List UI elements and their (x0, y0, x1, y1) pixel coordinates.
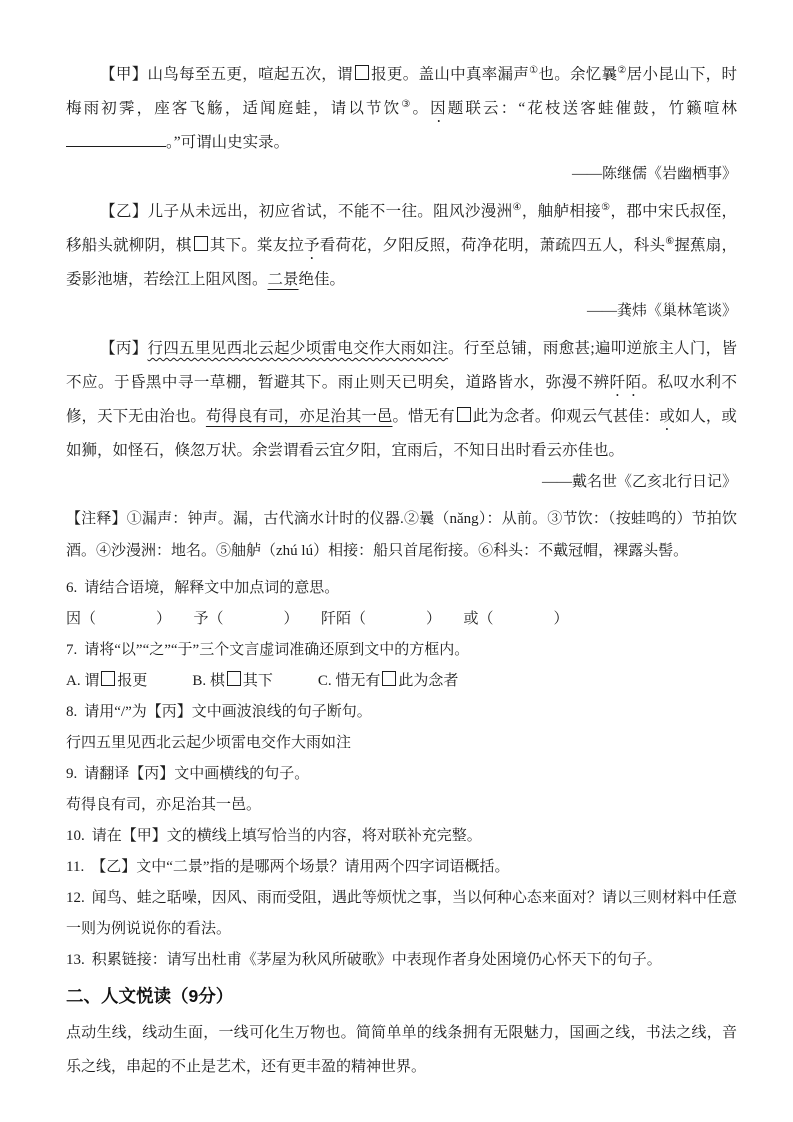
note-reference: ⑥ (665, 236, 674, 247)
question-text: 请在【甲】文的横线上填写恰当的内容，将对联补充完整。 (92, 828, 482, 844)
exam-page: 【甲】山鸟每至五更，喧起五次，谓报更。盖山中真率漏声①也。余忆曩②居小昆山下，时… (0, 0, 793, 1122)
text-run: 报更。盖山中真率漏声 (371, 66, 529, 83)
attribution-jia: ——陈继儒《岩幽栖事》 (66, 162, 737, 187)
note-reference: ③ (401, 99, 412, 110)
question-text: 闻鸟、蛙之聒噪，因风、雨而受阻，遇此等烦忧之事，当以何种心态来面对？请以三则材料… (66, 890, 737, 937)
question-11-stem: 11.【乙】文中“二景”指的是哪两个场景？请用两个四字词语概括。 (66, 852, 737, 883)
question-text: 积累链接：请写出杜甫《茅屋为秋风所破歌》中表现作者身处困境仍心怀天下的句子。 (92, 952, 662, 968)
question-9-stem: 9.请翻译【丙】文中画横线的句子。 (66, 759, 737, 790)
text-run: 。”可谓山史实录。 (166, 134, 289, 151)
question-8: 8.请用“/”为【丙】文中画波浪线的句子断句。行四五里见西北云起少顷雷电交作大雨… (66, 697, 737, 759)
text-run: 其下。棠友拉 (210, 237, 304, 254)
question-text: 请翻译【丙】文中画横线的句子。 (84, 766, 309, 782)
underlined-phrase: 苟得良有司，亦足治其一邑 (206, 408, 393, 425)
question-7-stem: 7.请将“以”“之”“于”三个文言虚词准确还原到文中的方框内。 (66, 635, 737, 666)
question-number: 9. (66, 766, 84, 782)
fill-in-box (457, 407, 471, 422)
text-run: 报更 B. 棋 (117, 673, 225, 689)
text-run: 此为念者。仰观云气甚佳： (473, 408, 660, 425)
underlined-phrase: 二景 (268, 271, 299, 288)
text-run: 【乙】儿子从未远出，初应省试，不能不一往。阻风沙漫洲 (100, 203, 512, 220)
question-11: 11.【乙】文中“二景”指的是哪两个场景？请用两个四字词语概括。 (66, 852, 737, 883)
passage-bing: 【丙】行四五里见西北云起少顷雷电交作大雨如注。行至总铺，雨愈甚;遍叩逆旅主人门，… (66, 332, 737, 468)
question-text: 请结合语境，解释文中加点词的意思。 (84, 580, 339, 596)
question-text: 【乙】文中“二景”指的是哪两个场景？请用两个四字词语概括。 (91, 859, 509, 875)
question-number: 13. (66, 952, 92, 968)
question-number: 8. (66, 704, 84, 720)
question-text: 请将“以”“之”“于”三个文言虚词准确还原到文中的方框内。 (84, 642, 469, 658)
question-9: 9.请翻译【丙】文中画横线的句子。苟得良有司，亦足治其一邑。 (66, 759, 737, 821)
dotted-emphasis-word: 或 (659, 408, 675, 425)
question-8-stem: 8.请用“/”为【丙】文中画波浪线的句子断句。 (66, 697, 737, 728)
passage-yi: 【乙】儿子从未远出，初应省试，不能不一往。阻风沙漫洲④，舳舻相接⑤，郡中宋氏叔侄… (66, 195, 737, 297)
question-number: 11. (66, 859, 91, 875)
answer-blank (66, 131, 166, 147)
question-8-material: 行四五里见西北云起少顷雷电交作大雨如注 (66, 728, 737, 759)
question-6-stem: 6.请结合语境，解释文中加点词的意思。 (66, 573, 737, 604)
text-run: 。惜无有 (392, 408, 454, 425)
attribution-yi: ——龚炜《巢林笔谈》 (66, 299, 737, 324)
fill-in-box (101, 671, 115, 686)
question-13-stem: 13.积累链接：请写出杜甫《茅屋为秋风所破歌》中表现作者身处困境仍心怀天下的句子… (66, 945, 737, 976)
text-run: 此为念者 (398, 673, 458, 689)
question-text: 请用“/”为【丙】文中画波浪线的句子断句。 (84, 704, 372, 720)
fill-in-box (227, 671, 241, 686)
question-12: 12.闻鸟、蛙之聒噪，因风、雨而受阻，遇此等烦忧之事，当以何种心态来面对？请以三… (66, 883, 737, 945)
text-run: ，舳舻相接 (522, 203, 601, 220)
text-run: 苟得良有司，亦足治其一邑。 (66, 797, 261, 813)
text-run: A. 谓 (66, 673, 99, 689)
dotted-emphasis-word: 予 (304, 237, 320, 254)
wavy-underlined-phrase: 行四五里见西北云起少顷雷电交作大雨如注 (148, 340, 448, 357)
question-9-material: 苟得良有司，亦足治其一邑。 (66, 790, 737, 821)
question-7-material: A. 谓报更 B. 棋其下 C. 惜无有此为念者 (66, 666, 737, 697)
text-run: 绝佳。 (299, 271, 346, 288)
text-run: 看荷花，夕阳反照，荷净花明，萧疏四五人，科头 (320, 237, 665, 254)
notes-paragraph: 【注释】①漏声：钟声。漏，古代滴水计时的仪器.②曩（nǎng）：从前。③节饮：（… (66, 503, 737, 567)
text-run: 因（ ） 予（ ） 阡陌（ ） 或（ ） (66, 611, 569, 627)
question-7: 7.请将“以”“之”“于”三个文言虚词准确还原到文中的方框内。A. 谓报更 B.… (66, 635, 737, 697)
text-run: 。 (412, 100, 430, 117)
question-10-stem: 10.请在【甲】文的横线上填写恰当的内容，将对联补充完整。 (66, 821, 737, 852)
question-12-stem: 12.闻鸟、蛙之聒噪，因风、雨而受阻，遇此等烦忧之事，当以何种心态来面对？请以三… (66, 883, 737, 945)
attribution-bing: ——戴名世《乙亥北行日记》 (66, 470, 737, 495)
fill-in-box (194, 236, 208, 251)
text-run: 【丙】 (100, 340, 147, 357)
question-6: 6.请结合语境，解释文中加点词的意思。因（ ） 予（ ） 阡陌（ ） 或（ ） (66, 573, 737, 635)
question-6-material: 因（ ） 予（ ） 阡陌（ ） 或（ ） (66, 604, 737, 635)
question-13: 13.积累链接：请写出杜甫《茅屋为秋风所破歌》中表现作者身处困境仍心怀天下的句子… (66, 945, 737, 976)
question-number: 10. (66, 828, 92, 844)
dotted-emphasis-word: 阡陌 (610, 374, 642, 391)
text-run: 【甲】山鸟每至五更，喧起五次，谓 (100, 66, 353, 83)
fill-in-box (355, 65, 369, 80)
fill-in-box (382, 671, 396, 686)
question-number: 6. (66, 580, 84, 596)
note-reference: ② (617, 65, 626, 76)
text-run: 题联云：“花枝送客蛙催鼓，竹籁喧林 (448, 100, 737, 117)
passage-jia: 【甲】山鸟每至五更，喧起五次，谓报更。盖山中真率漏声①也。余忆曩②居小昆山下，时… (66, 58, 737, 160)
question-number: 7. (66, 642, 84, 658)
dotted-emphasis-word: 因 (430, 100, 448, 117)
text-run: 也。余忆曩 (538, 66, 617, 83)
section-two-heading: 二、人文悦读（9分） (66, 983, 737, 1008)
question-number: 12. (66, 890, 92, 906)
section-two-intro-paragraph: 点动生线，线动生面，一线可化生万物也。简简单单的线条拥有无限魅力，国画之线，书法… (66, 1016, 737, 1084)
text-run: 行四五里见西北云起少顷雷电交作大雨如注 (66, 735, 351, 751)
question-10: 10.请在【甲】文的横线上填写恰当的内容，将对联补充完整。 (66, 821, 737, 852)
note-reference: ④ (512, 202, 521, 213)
passages-section: 【甲】山鸟每至五更，喧起五次，谓报更。盖山中真率漏声①也。余忆曩②居小昆山下，时… (66, 58, 737, 495)
text-run: 其下 C. 惜无有 (243, 673, 381, 689)
questions-section: 6.请结合语境，解释文中加点词的意思。因（ ） 予（ ） 阡陌（ ） 或（ ）7… (66, 573, 737, 976)
